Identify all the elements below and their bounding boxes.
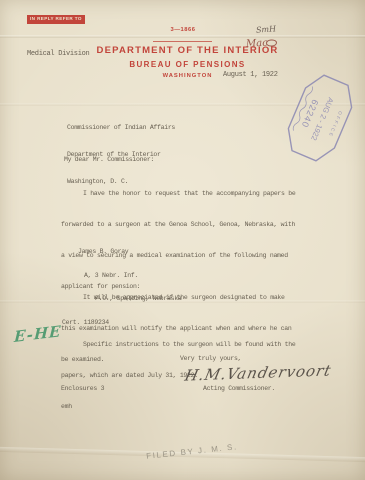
ink-initials-text: Mac <box>246 38 268 50</box>
body-line: I have the honor to request that the acc… <box>61 185 295 202</box>
typist-initials: emh <box>61 403 72 410</box>
letterhead-bureau: BUREAU OF PENSIONS <box>0 60 365 69</box>
filed-stamp: FILED BY J. M. S. <box>146 442 238 461</box>
body-line: forwarded to a surgeon at the Genoa Scho… <box>61 216 295 233</box>
pencil-initials-annotation: SmH <box>256 24 277 34</box>
fold-crease <box>0 35 365 38</box>
enclosures-note: Enclosures 3 <box>61 385 104 392</box>
signature: H.M.Vandervoort <box>183 361 333 384</box>
ink-flourish <box>266 39 277 47</box>
reply-refer-slug: IN REPLY REFER TO <box>27 15 85 24</box>
ink-initials-annotation: Mac <box>246 37 277 50</box>
applicant-name: James B. Goray <box>62 247 181 257</box>
salutation: My dear Mr. Commissioner: <box>64 156 154 163</box>
green-ink-annotation: E-HE <box>14 322 62 346</box>
letter-page: IN REPLY REFER TO 3—1866 Medical Divisio… <box>0 0 365 480</box>
received-stamp: OFFICE AUG 2 - 1922 62240 <box>280 69 361 167</box>
date-line: August 1, 1922 <box>223 71 278 79</box>
form-number: 3—1866 <box>153 27 213 33</box>
closing: Very truly yours, <box>180 355 241 362</box>
body-line: Specific instructions to the surgeon wil… <box>61 336 295 353</box>
form-number-rule <box>153 41 212 42</box>
letterhead-department: DEPARTMENT OF THE INTERIOR <box>0 45 365 56</box>
address-line: Commissioner of Indian Affairs <box>67 122 175 135</box>
signer-title: Acting Commissioner. <box>203 385 275 392</box>
body-line: It will be appreciated if the surgeon de… <box>61 289 291 306</box>
